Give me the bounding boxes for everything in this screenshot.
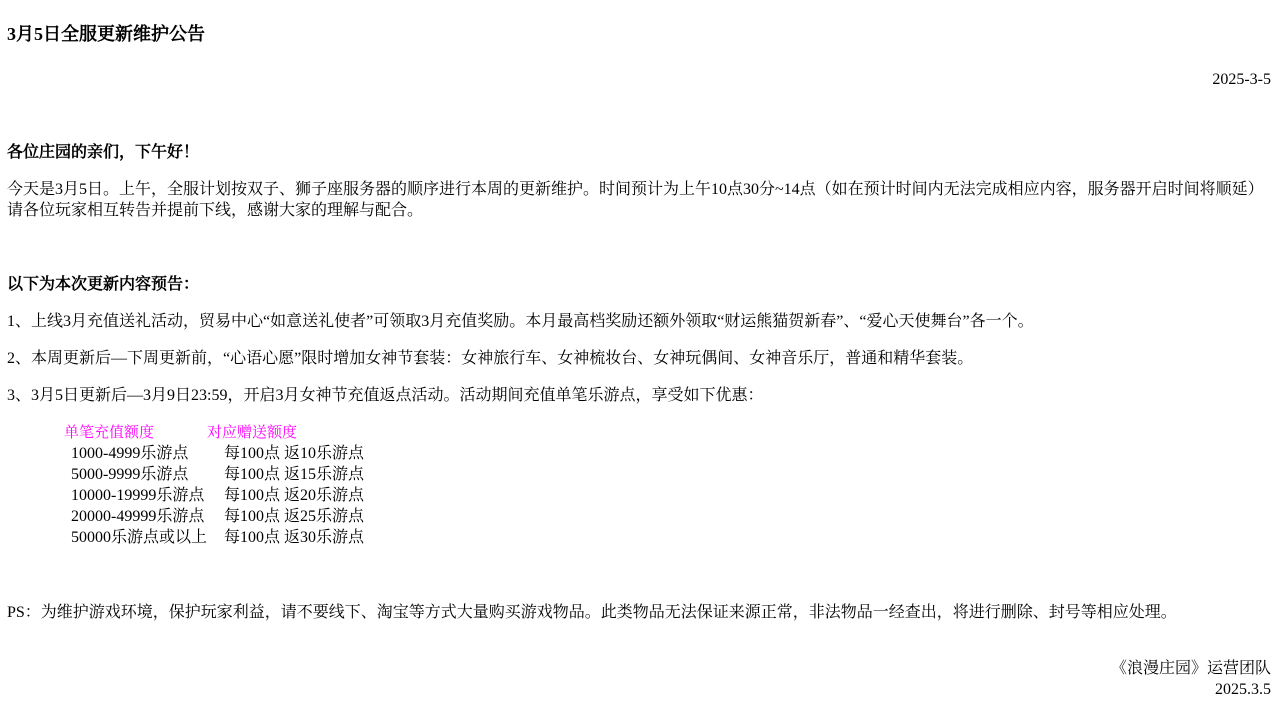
column-header-recharge-amount: 单笔充值额度 (64, 422, 207, 443)
cell-bonus: 每100点 返15乐游点 (224, 466, 364, 483)
cell-recharge-range: 20000-49999乐游点 (71, 506, 224, 527)
update-item-1: 1、上线3月充值送礼活动，贸易中心“如意送礼使者”可领取3月充值奖励。本月最高档… (7, 311, 1271, 332)
signature-block: 《浪漫庄园》运营团队 2025.3.5 (7, 658, 1271, 700)
cell-bonus: 每100点 返10乐游点 (224, 445, 364, 462)
cell-recharge-range: 10000-19999乐游点 (71, 485, 224, 506)
greeting-line: 各位庄园的亲们，下午好！ (7, 142, 1271, 163)
cell-bonus: 每100点 返25乐游点 (224, 508, 364, 525)
page-title: 3月5日全服更新维护公告 (7, 22, 1271, 46)
ps-note: PS：为维护游戏环境，保护玩家利益，请不要线下、淘宝等方式大量购买游戏物品。此类… (7, 602, 1271, 623)
cell-bonus: 每100点 返20乐游点 (224, 487, 364, 504)
table-row: 50000乐游点或以上每100点 返30乐游点 (7, 527, 1271, 548)
update-preview-heading: 以下为本次更新内容预告： (7, 274, 1271, 295)
table-row: 5000-9999乐游点每100点 返15乐游点 (7, 464, 1271, 485)
intro-paragraph: 今天是3月5日。上午，全服计划按双子、狮子座服务器的顺序进行本周的更新维护。时间… (7, 179, 1271, 221)
cell-bonus: 每100点 返30乐游点 (224, 529, 364, 546)
update-item-2: 2、本周更新后—下周更新前，“心语心愿”限时增加女神节套装：女神旅行车、女神梳妆… (7, 348, 1271, 369)
table-row: 1000-4999乐游点每100点 返10乐游点 (7, 443, 1271, 464)
cell-recharge-range: 1000-4999乐游点 (71, 443, 224, 464)
cell-recharge-range: 5000-9999乐游点 (71, 464, 224, 485)
recharge-bonus-table: 单笔充值额度对应赠送额度 1000-4999乐游点每100点 返10乐游点 50… (7, 422, 1271, 548)
table-row: 20000-49999乐游点每100点 返25乐游点 (7, 506, 1271, 527)
announcement-page: 3月5日全服更新维护公告 2025-3-5 各位庄园的亲们，下午好！ 今天是3月… (0, 0, 1280, 700)
signature-date: 2025.3.5 (7, 679, 1271, 700)
table-row: 10000-19999乐游点每100点 返20乐游点 (7, 485, 1271, 506)
update-item-3: 3、3月5日更新后—3月9日23:59，开启3月女神节充值返点活动。活动期间充值… (7, 385, 1271, 406)
cell-recharge-range: 50000乐游点或以上 (71, 527, 224, 548)
post-date: 2025-3-5 (7, 69, 1271, 90)
table-header-row: 单笔充值额度对应赠送额度 (7, 422, 1271, 443)
signature-team: 《浪漫庄园》运营团队 (7, 658, 1271, 679)
column-header-bonus-amount: 对应赠送额度 (207, 424, 297, 441)
